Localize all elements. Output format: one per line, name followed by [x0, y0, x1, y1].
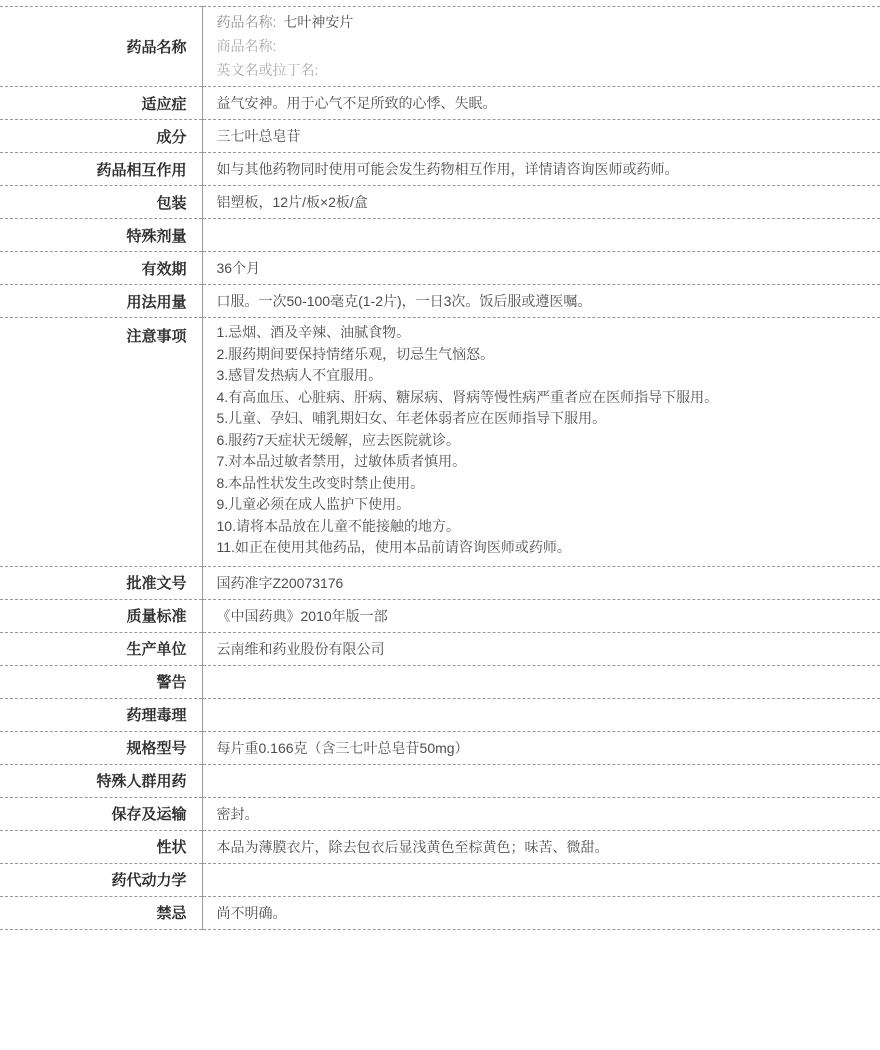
- table-row-manufacturer: 生产单位 云南维和药业股份有限公司: [0, 632, 880, 665]
- precaution-item: 3.感冒发热病人不宜服用。: [217, 365, 871, 387]
- row-label: 成分: [0, 120, 202, 153]
- row-label: 有效期: [0, 252, 202, 285]
- table-row-storage-transport: 保存及运输 密封。: [0, 797, 880, 830]
- drug-name-key: 药品名称:: [217, 14, 277, 30]
- precaution-item: 8.本品性状发生改变时禁止使用。: [217, 473, 871, 495]
- trade-name-line: 商品名称:: [217, 34, 871, 58]
- row-value: 云南维和药业股份有限公司: [202, 632, 880, 665]
- table-row-interactions: 药品相互作用 如与其他药物同时使用可能会发生药物相互作用，详情请咨询医师或药师。: [0, 153, 880, 186]
- row-label: 药理毒理: [0, 698, 202, 731]
- row-value: 三七叶总皂苷: [202, 120, 880, 153]
- row-value: 尚不明确。: [202, 896, 880, 929]
- table-row-packaging: 包装 铝塑板，12片/板×2板/盒: [0, 186, 880, 219]
- row-label: 质量标准: [0, 599, 202, 632]
- row-label: 规格型号: [0, 731, 202, 764]
- row-label: 禁忌: [0, 896, 202, 929]
- table-row-precautions: 注意事项 1.忌烟、酒及辛辣、油腻食物。 2.服药期间要保持情绪乐观，切忌生气恼…: [0, 318, 880, 567]
- row-value: 药品名称:七叶神安片 商品名称: 英文名或拉丁名:: [202, 7, 880, 87]
- drug-info-page: 药品名称 药品名称:七叶神安片 商品名称: 英文名或拉丁名: 适应症 益气安神。…: [0, 0, 880, 1050]
- row-value: 1.忌烟、酒及辛辣、油腻食物。 2.服药期间要保持情绪乐观，切忌生气恼怒。 3.…: [202, 318, 880, 567]
- row-value: [202, 863, 880, 896]
- row-value: 每片重0.166克（含三七叶总皂苷50mg）: [202, 731, 880, 764]
- row-label: 特殊人群用药: [0, 764, 202, 797]
- precaution-item: 11.如正在使用其他药品，使用本品前请咨询医师或药师。: [217, 537, 871, 559]
- table-row-pharmacology-toxicology: 药理毒理: [0, 698, 880, 731]
- table-row-special-dosage: 特殊剂量: [0, 219, 880, 252]
- row-value: 本品为薄膜衣片，除去包衣后显浅黄色至棕黄色；味苦、微甜。: [202, 830, 880, 863]
- table-row-contraindications: 禁忌 尚不明确。: [0, 896, 880, 929]
- row-label: 适应症: [0, 87, 202, 120]
- table-row-indications: 适应症 益气安神。用于心气不足所致的心悸、失眠。: [0, 87, 880, 120]
- precaution-item: 5.儿童、孕妇、哺乳期妇女、年老体弱者应在医师指导下服用。: [217, 408, 871, 430]
- table-row-ingredients: 成分 三七叶总皂苷: [0, 120, 880, 153]
- row-value: 口服。一次50-100毫克(1-2片)，一日3次。饭后服或遵医嘱。: [202, 285, 880, 318]
- row-value: [202, 665, 880, 698]
- precaution-item: 10.请将本品放在儿童不能接触的地方。: [217, 516, 871, 538]
- table-row-warning: 警告: [0, 665, 880, 698]
- english-name-line: 英文名或拉丁名:: [217, 58, 871, 82]
- row-label: 批准文号: [0, 566, 202, 599]
- row-label: 药品相互作用: [0, 153, 202, 186]
- table-row-special-populations: 特殊人群用药: [0, 764, 880, 797]
- table-row-dosage: 用法用量 口服。一次50-100毫克(1-2片)，一日3次。饭后服或遵医嘱。: [0, 285, 880, 318]
- drug-name-line: 药品名称:七叶神安片: [217, 10, 871, 34]
- table-row-pharmacokinetics: 药代动力学: [0, 863, 880, 896]
- row-value: 《中国药典》2010年版一部: [202, 599, 880, 632]
- row-value: 国药准字Z20073176: [202, 566, 880, 599]
- precaution-item: 6.服药7天症状无缓解，应去医院就诊。: [217, 430, 871, 452]
- row-value: [202, 764, 880, 797]
- precaution-item: 1.忌烟、酒及辛辣、油腻食物。: [217, 322, 871, 344]
- row-value: 铝塑板，12片/板×2板/盒: [202, 186, 880, 219]
- row-label: 注意事项: [0, 318, 202, 567]
- table-row-description: 性状 本品为薄膜衣片，除去包衣后显浅黄色至棕黄色；味苦、微甜。: [0, 830, 880, 863]
- row-value: 益气安神。用于心气不足所致的心悸、失眠。: [202, 87, 880, 120]
- row-label: 警告: [0, 665, 202, 698]
- row-value: 如与其他药物同时使用可能会发生药物相互作用，详情请咨询医师或药师。: [202, 153, 880, 186]
- table-row-quality-standard: 质量标准 《中国药典》2010年版一部: [0, 599, 880, 632]
- drug-info-table: 药品名称 药品名称:七叶神安片 商品名称: 英文名或拉丁名: 适应症 益气安神。…: [0, 6, 880, 930]
- row-label: 药品名称: [0, 7, 202, 87]
- drug-name-value: 七叶神安片: [283, 14, 353, 30]
- row-value: [202, 219, 880, 252]
- table-row-drug-name: 药品名称 药品名称:七叶神安片 商品名称: 英文名或拉丁名:: [0, 7, 880, 87]
- row-value: 36个月: [202, 252, 880, 285]
- row-value: 密封。: [202, 797, 880, 830]
- english-name-key: 英文名或拉丁名:: [217, 62, 319, 78]
- row-value: [202, 698, 880, 731]
- row-label: 药代动力学: [0, 863, 202, 896]
- row-label: 生产单位: [0, 632, 202, 665]
- precaution-item: 9.儿童必须在成人监护下使用。: [217, 494, 871, 516]
- trade-name-key: 商品名称:: [217, 38, 277, 54]
- row-label: 包装: [0, 186, 202, 219]
- table-row-shelf-life: 有效期 36个月: [0, 252, 880, 285]
- row-label: 性状: [0, 830, 202, 863]
- table-row-approval-number: 批准文号 国药准字Z20073176: [0, 566, 880, 599]
- row-label: 特殊剂量: [0, 219, 202, 252]
- row-label: 保存及运输: [0, 797, 202, 830]
- row-label: 用法用量: [0, 285, 202, 318]
- precaution-item: 7.对本品过敏者禁用，过敏体质者慎用。: [217, 451, 871, 473]
- table-row-specification: 规格型号 每片重0.166克（含三七叶总皂苷50mg）: [0, 731, 880, 764]
- precaution-item: 4.有高血压、心脏病、肝病、糖尿病、肾病等慢性病严重者应在医师指导下服用。: [217, 387, 871, 409]
- precaution-item: 2.服药期间要保持情绪乐观，切忌生气恼怒。: [217, 344, 871, 366]
